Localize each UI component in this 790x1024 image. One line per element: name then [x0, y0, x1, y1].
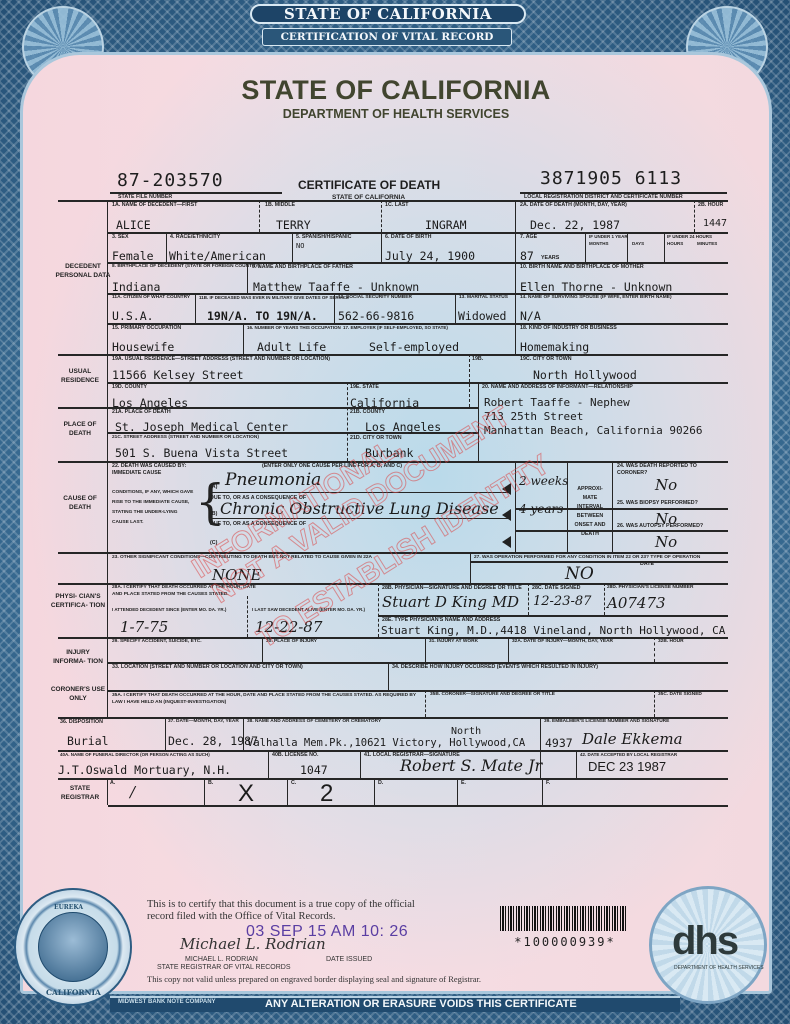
value-embalmer-signature: Dale Ekkema	[582, 730, 683, 748]
value-employer: Self-employed	[369, 340, 459, 354]
label-attended-since: I ATTENDED DECEDENT SINCE (ENTER MO. DA.…	[112, 607, 247, 613]
value-registrar-a: /	[130, 783, 135, 801]
validity-note: This copy not valid unless prepared on e…	[147, 974, 481, 984]
label-registrar-b: B.	[208, 780, 213, 786]
value-cemetery: Valhalla Mem.Pk.,10621 Victory, Hollywoo…	[247, 737, 525, 749]
state-file-number: 87-203570	[117, 170, 224, 191]
value-age: 87	[520, 249, 534, 263]
value-local-registrar-signature: Robert S. Mate Jr	[400, 756, 542, 775]
alteration-warning: ANY ALTERATION OR ERASURE VOIDS THIS CER…	[265, 998, 577, 1010]
label-race: 4. RACE/ETHNICITY	[170, 234, 220, 240]
value-state: California	[350, 396, 419, 410]
value-interval-b: 4 years	[519, 502, 563, 516]
label-mother: 10. BIRTH NAME AND BIRTHPLACE OF MOTHER	[520, 264, 644, 270]
date-issued-label: DATE ISSUED	[326, 956, 372, 963]
label-autopsy: 26. WAS AUTOPSY PERFORMED?	[617, 523, 703, 529]
section-coroner: CORONER'S USE ONLY	[50, 685, 106, 703]
value-autopsy: No	[655, 533, 677, 551]
label-ssn: 12. SOCIAL SECURITY NUMBER	[338, 295, 412, 300]
label-minutes: MINUTES	[697, 241, 717, 246]
label-residence-street: 19A. USUAL RESIDENCE—STREET ADDRESS (STR…	[112, 356, 330, 362]
label-date-accepted: 42. DATE ACCEPTED BY LOCAL REGISTRAR	[580, 752, 677, 757]
label-hispanic: 5. SPANISH/HISPANIC	[296, 234, 351, 240]
value-attended-since: 1-7-75	[120, 618, 168, 636]
barcode-number: *100000939*	[497, 935, 633, 949]
section-cause-of-death: CAUSE OF DEATH	[52, 494, 108, 512]
section-injury: INJURY INFORMA- TION	[50, 648, 106, 666]
value-disposition: Burial	[67, 734, 109, 748]
section-usual-residence: USUAL RESIDENCE	[52, 367, 108, 385]
label-marital: 13. MARITAL STATUS	[459, 295, 508, 300]
label-employer: 17. EMPLOYER (IF SELF-EMPLOYED, SO STATE…	[343, 325, 448, 330]
value-funeral-license: 1047	[300, 763, 328, 777]
label-cause-b: (B)	[210, 511, 217, 517]
certify-line2: record filed with the Office of Vital Re…	[147, 911, 336, 922]
value-years-occupation: Adult Life	[257, 340, 326, 354]
label-sex: 3. SEX	[112, 234, 129, 240]
dhs-seal: dhs DEPARTMENT OF HEALTH SERVICES	[649, 886, 767, 1004]
label-coroner-certify: 35A. I CERTIFY THAT DEATH OCCURRED AT TH…	[112, 692, 424, 706]
value-informant-line1: Robert Taaffe - Nephew	[484, 396, 630, 409]
barcode	[500, 906, 628, 931]
label-caused-by: 22. DEATH WAS CAUSED BY:	[112, 463, 186, 469]
label-disposition: 36. DISPOSITION	[60, 719, 103, 725]
label-age-years: YEARS	[541, 255, 559, 261]
label-physician-signature: 28B. PHYSICIAN—SIGNATURE AND DEGREE OR T…	[382, 585, 522, 591]
value-dob: July 24, 1900	[385, 249, 475, 263]
value-occupation: Housewife	[112, 340, 174, 354]
death-certificate-form: 87-203570 STATE FILE NUMBER CERTIFICATE …	[0, 0, 790, 1024]
dhs-subtitle: DEPARTMENT OF HEALTH SERVICES	[674, 965, 764, 971]
value-funeral-director: J.T.Oswald Mortuary, N.H.	[58, 763, 231, 777]
label-physician-name: 28E. TYPE PHYSICIAN'S NAME AND ADDRESS	[382, 617, 500, 623]
label-accident: 29. SPECIFY ACCIDENT, SUICIDE, ETC.	[112, 639, 202, 644]
label-spouse: 14. NAME OF SURVIVING SPOUSE (IF WIFE, E…	[520, 295, 672, 300]
label-injury-work: 31. INJURY AT WORK	[429, 639, 478, 644]
label-injury-hour: 32B. HOUR	[658, 639, 684, 644]
label-occupation: 15. PRIMARY OCCUPATION	[112, 325, 181, 331]
label-date-of-death: 2A. DATE OF DEATH (MONTH, DAY, YEAR)	[520, 202, 627, 208]
value-hispanic: NO	[296, 242, 304, 250]
value-operation: NO	[565, 564, 594, 584]
section-physician: PHYSI- CIAN'S CERTIFICA- TION	[50, 592, 106, 610]
value-place-of-death: St. Joseph Medical Center	[115, 420, 288, 434]
label-location: 33. LOCATION (STREET AND NUMBER OR LOCAT…	[112, 664, 303, 670]
value-embalmer: 4937	[545, 736, 573, 750]
value-residence-street: 11566 Kelsey Street	[112, 368, 244, 382]
value-industry: Homemaking	[520, 340, 589, 354]
label-registrar-a: A.	[110, 780, 115, 786]
certify-line1: This is to certify that this document is…	[147, 899, 415, 910]
label-operation-date: DATE	[640, 561, 654, 567]
value-military: 19N/A. TO 19N/A.	[207, 309, 318, 323]
label-hours: HOURS	[667, 241, 683, 246]
seal-emblem-icon	[38, 912, 108, 982]
label-first-name: 1A. NAME OF DECEDENT—FIRST	[112, 202, 197, 208]
seal-text-bottom: CALIFORNIA	[46, 988, 101, 997]
value-sex: Female	[112, 249, 154, 263]
label-industry: 18. KIND OF INDUSTRY OR BUSINESS	[520, 325, 617, 331]
label-registrar-f: F.	[546, 780, 550, 786]
label-citizen: 11A. CITIZEN OF WHAT COUNTRY	[112, 295, 190, 300]
label-cause-a: (A)	[210, 484, 217, 490]
label-injury-desc: 34. DESCRIBE HOW INJURY OCCURRED (EVENTS…	[392, 664, 598, 670]
label-coroner-reported: 24. WAS DEATH REPORTED TO CORONER?	[617, 463, 725, 477]
value-middle-name: TERRY	[276, 218, 311, 232]
label-registrar-c: C.	[291, 780, 296, 786]
section-place-of-death: PLACE OF DEATH	[52, 420, 108, 438]
value-informant-line3: Manhattan Beach, California 90266	[484, 424, 703, 437]
section-decedent: DECEDENT PERSONAL DATA	[55, 262, 111, 280]
label-dob: 6. DATE OF BIRTH	[385, 234, 431, 240]
label-state: 19E. STATE	[350, 384, 379, 390]
label-place-of-death: 21A. PLACE OF DEATH	[112, 409, 171, 415]
value-license: A07473	[607, 594, 666, 612]
value-spouse: N/A	[520, 309, 541, 323]
value-date-signed: 12-23-87	[533, 594, 591, 609]
value-date-accepted: DEC 23 1987	[588, 759, 666, 774]
label-cemetery: 38. NAME AND ADDRESS OF CEMETERY OR CREM…	[247, 719, 381, 724]
value-father: Matthew Taaffe - Unknown	[253, 280, 419, 294]
footer-banner: MIDWEST BANK NOTE COMPANY ANY ALTERATION…	[110, 996, 680, 1012]
label-registrar-e: E.	[461, 780, 466, 786]
value-last-name: INGRAM	[425, 218, 467, 232]
value-physician-name: Stuart King, M.D.,4418 Vineland, North H…	[381, 624, 725, 637]
label-birthplace: 8. BIRTHPLACE OF DECEDENT (STATE OR FORE…	[112, 264, 260, 269]
label-embalmer: 39. EMBALMER'S LICENSE NUMBER AND SIGNAT…	[544, 719, 669, 724]
label-months: MONTHS	[589, 241, 609, 246]
value-first-name: ALICE	[116, 218, 151, 232]
arrow-left-icon	[502, 509, 511, 521]
label-father: 9. NAME AND BIRTHPLACE OF FATHER	[252, 264, 353, 270]
label-city: 19C. CITY OR TOWN	[520, 356, 572, 362]
value-marital: Widowed	[458, 309, 506, 323]
value-death-street: 501 S. Buena Vista Street	[115, 446, 288, 460]
label-informant: 20. NAME AND ADDRESS OF INFORMANT—RELATI…	[482, 384, 633, 390]
label-last-name: 1C. LAST	[385, 202, 409, 208]
dhs-logo: dhs	[672, 919, 737, 964]
label-immediate-cause: IMMEDIATE CAUSE	[112, 470, 161, 476]
label-days: DAYS	[632, 241, 644, 246]
label-license: 28D. PHYSICIAN'S LICENSE NUMBER	[607, 585, 693, 590]
label-biopsy: 25. WAS BIOPSY PERFORMED?	[617, 500, 698, 506]
value-hour: 1447	[703, 218, 727, 229]
label-military: 11B. IF DECEASED WAS EVER IN MILITARY GI…	[199, 295, 349, 300]
great-seal-of-california: EUREKA CALIFORNIA	[14, 888, 132, 1006]
label-death-county: 21B. COUNTY	[350, 409, 385, 415]
value-birthplace: Indiana	[112, 280, 160, 294]
value-ssn: 562-66-9816	[338, 309, 414, 323]
value-coroner-reported: No	[655, 476, 677, 494]
registrar-name: MICHAEL L. RODRIAN	[185, 956, 258, 963]
value-race: White/American	[169, 249, 266, 263]
label-residence-19b: 19B.	[472, 356, 483, 362]
label-date-signed: 28C. DATE SIGNED	[532, 585, 580, 591]
seal-motto: EUREKA	[54, 904, 83, 911]
value-registrar-c: 2	[320, 780, 333, 808]
label-middle-name: 1B. MIDDLE	[265, 202, 295, 208]
label-funeral-license: 40B. LICENSE NO.	[272, 752, 319, 758]
value-county: Los Angeles	[112, 396, 188, 410]
label-funeral-director: 40A. NAME OF FUNERAL DIRECTOR (OR PERSON…	[60, 752, 210, 757]
registrar-title: STATE REGISTRAR OF VITAL RECORDS	[157, 964, 291, 971]
value-death-county: Los Angeles	[365, 420, 441, 434]
label-disposition-date: 37. DATE—MONTH, DAY, YEAR	[168, 719, 239, 724]
arrow-left-icon	[502, 536, 511, 548]
label-county: 19D. COUNTY	[112, 384, 147, 390]
local-registration-number: 3871905 6113	[540, 168, 682, 189]
label-interval: APPROXI- MATE INTERVAL BETWEEN ONSET AND…	[570, 485, 610, 539]
label-injury-date: 32A. DATE OF INJURY—MONTH, DAY, YEAR	[512, 639, 613, 644]
label-conditions: CONDITIONS, IF ANY, WHICH GAVE RISE TO T…	[112, 488, 194, 528]
value-city: North Hollywood	[533, 368, 637, 382]
certificate-title: CERTIFICATE OF DEATH	[298, 178, 440, 192]
label-hour: 2B. HOUR	[698, 202, 723, 208]
label-operation: 27. WAS OPERATION PERFORMED FOR ANY COND…	[474, 554, 724, 561]
label-coroner-date: 35C. DATE SIGNED	[658, 692, 702, 697]
label-coroner-signature: 35B. CORONER—SIGNATURE AND DEGREE OR TIT…	[430, 692, 555, 697]
printer-name: MIDWEST BANK NOTE COMPANY	[118, 999, 216, 1005]
label-under-1-year: IF UNDER 1 YEAR	[589, 234, 628, 239]
value-disposition-date: Dec. 28, 1987	[168, 734, 258, 748]
registrar-signature: Michael L. Rodrian	[180, 935, 326, 953]
value-cemetery-line1: North	[451, 726, 481, 737]
value-mother: Ellen Thorne - Unknown	[520, 280, 672, 294]
label-death-street: 21C. STREET ADDRESS (STREET AND NUMBER O…	[112, 435, 259, 440]
value-citizen: U.S.A.	[112, 309, 154, 323]
value-physician-signature: Stuart D King MD	[382, 593, 519, 611]
value-date-of-death: Dec. 22, 1987	[530, 218, 620, 232]
label-age: 7. AGE	[520, 234, 537, 240]
label-under-24-hours: IF UNDER 24 HOURS	[667, 234, 712, 239]
label-registrar-d: D.	[378, 780, 383, 786]
section-state-registrar: STATE REGISTRAR	[52, 784, 108, 802]
value-registrar-b: X	[238, 780, 254, 808]
label-years-occupation: 16. NUMBER OF YEARS THIS OCCUPATION	[247, 325, 341, 330]
